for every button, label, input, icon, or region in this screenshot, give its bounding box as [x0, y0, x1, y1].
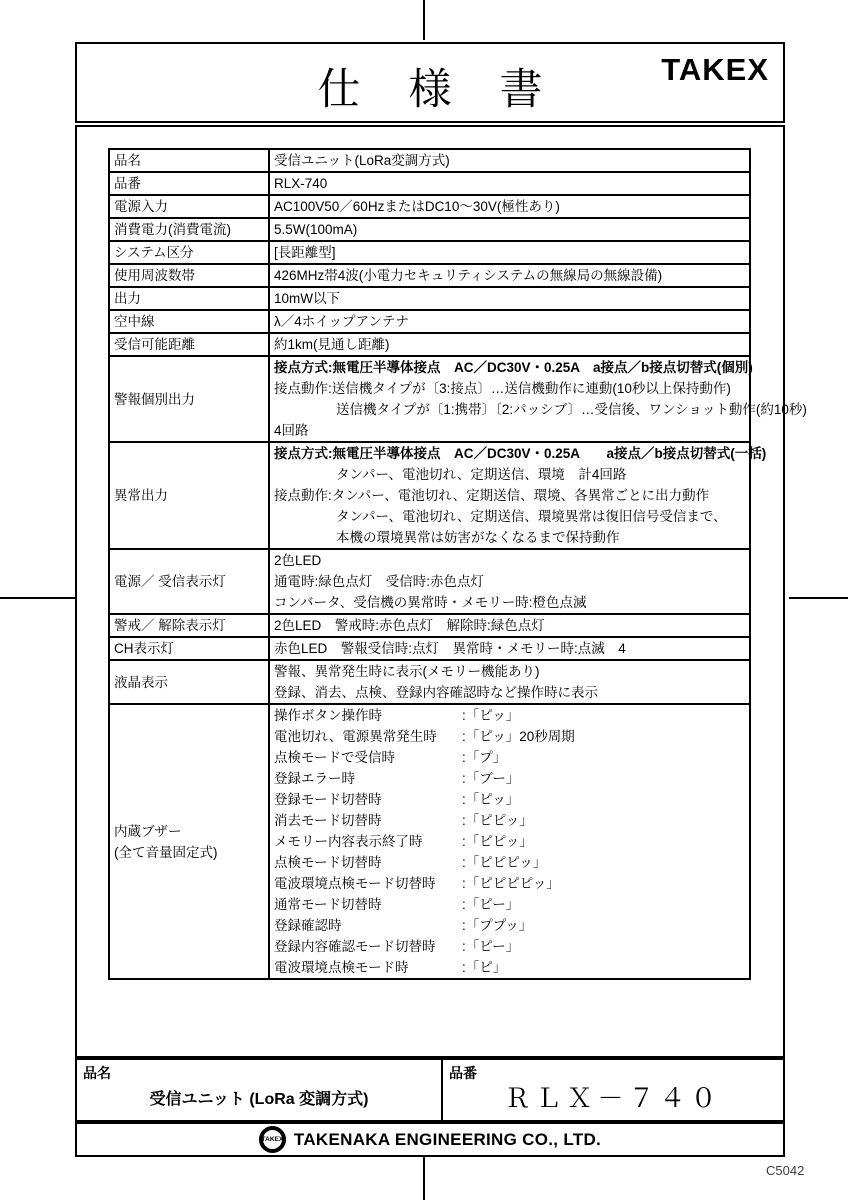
row-label: 電源入力	[109, 195, 269, 218]
value-line: タンパー、電池切れ、定期送信、環境異常は復旧信号受信まで、	[274, 506, 745, 527]
table-row: 液晶表示警報、異常発生時に表示(メモリー機能あり)登録、消去、点検、登録内容確認…	[109, 660, 750, 704]
value-line: 登録確認時:「ププッ」	[274, 915, 745, 936]
value-line: 5.5W(100mA)	[274, 219, 745, 240]
row-value: 受信ユニット(LoRa変調方式)	[269, 149, 750, 172]
table-row: 品番RLX-740	[109, 172, 750, 195]
row-label: CH表示灯	[109, 637, 269, 660]
row-value: 接点方式:無電圧半導体接点 AC／DC30V・0.25A a接点／b接点切替式(…	[269, 442, 750, 549]
row-value: 426MHz帯4波(小電力セキュリティシステムの無線局の無線設備)	[269, 264, 750, 287]
table-row: 内蔵ブザー(全て音量固定式)操作ボタン操作時:「ピッ」電池切れ、電源異常発生時:…	[109, 704, 750, 979]
spec-table: 品名受信ユニット(LoRa変調方式)品番RLX-740電源入力AC100V50／…	[108, 148, 751, 980]
value-line: 接点方式:無電圧半導体接点 AC／DC30V・0.25A a接点／b接点切替式(…	[274, 443, 745, 464]
row-value: RLX-740	[269, 172, 750, 195]
row-value: λ／4ホイップアンテナ	[269, 310, 750, 333]
value-line: 通電時:緑色点灯 受信時:赤色点灯	[274, 571, 745, 592]
row-label: 異常出力	[109, 442, 269, 549]
value-line: 操作ボタン操作時:「ピッ」	[274, 705, 745, 726]
row-label: 使用周波数帯	[109, 264, 269, 287]
table-row: 警戒／ 解除表示灯2色LED 警戒時:赤色点灯 解除時:緑色点灯	[109, 614, 750, 637]
row-value: 接点方式:無電圧半導体接点 AC／DC30V・0.25A a接点／b接点切替式(…	[269, 356, 750, 442]
value-line: 接点動作:送信機タイプが〔3:接点〕…送信機動作に連動(10秒以上保持動作)	[274, 378, 745, 399]
table-row: 警報個別出力接点方式:無電圧半導体接点 AC／DC30V・0.25A a接点／b…	[109, 356, 750, 442]
table-row: CH表示灯赤色LED 警報受信時:点灯 異常時・メモリー時:点滅 4	[109, 637, 750, 660]
registration-mark-top	[423, 0, 425, 40]
row-label: 空中線	[109, 310, 269, 333]
row-label: 液晶表示	[109, 660, 269, 704]
footer-name-label: 品名	[83, 1063, 111, 1083]
company-logo-bar: TAKEX TAKENAKA ENGINEERING CO., LTD.	[75, 1122, 785, 1157]
row-value: 5.5W(100mA)	[269, 218, 750, 241]
row-label: 品番	[109, 172, 269, 195]
value-line: 点検モードで受信時:「プ」	[274, 747, 745, 768]
row-value: 約1km(見通し距離)	[269, 333, 750, 356]
value-line: 電池切れ、電源異常発生時:「ピッ」20秒周期	[274, 726, 745, 747]
row-label: 内蔵ブザー(全て音量固定式)	[109, 704, 269, 979]
table-row: 空中線λ／4ホイップアンテナ	[109, 310, 750, 333]
row-value: 赤色LED 警報受信時:点灯 異常時・メモリー時:点滅 4	[269, 637, 750, 660]
registration-mark-bottom	[423, 1157, 425, 1200]
footer-name-cell: 品名 受信ユニット (LoRa 変調方式)	[77, 1060, 443, 1120]
value-line: 2色LED 警戒時:赤色点灯 解除時:緑色点灯	[274, 615, 745, 636]
doc-code: C5042	[766, 1163, 804, 1178]
value-line: 登録エラー時:「ブー」	[274, 768, 745, 789]
value-line: メモリー内容表示終了時:「ピピッ」	[274, 831, 745, 852]
table-row: 出力10mW以下	[109, 287, 750, 310]
row-value: 10mW以下	[269, 287, 750, 310]
value-line: 4回路	[274, 420, 745, 441]
row-value: 2色LED通電時:緑色点灯 受信時:赤色点灯コンバータ、受信機の異常時・メモリー…	[269, 549, 750, 614]
value-line: 約1km(見通し距離)	[274, 334, 745, 355]
row-label: システム区分	[109, 241, 269, 264]
row-label: 電源／ 受信表示灯	[109, 549, 269, 614]
row-value: [長距離型]	[269, 241, 750, 264]
footer-name-value: 受信ユニット (LoRa 変調方式)	[77, 1086, 441, 1109]
row-value: 2色LED 警戒時:赤色点灯 解除時:緑色点灯	[269, 614, 750, 637]
spec-table-body: 品名受信ユニット(LoRa変調方式)品番RLX-740電源入力AC100V50／…	[109, 149, 750, 979]
registration-mark-left	[0, 597, 76, 599]
value-line: 接点動作:タンパー、電池切れ、定期送信、環境、各異常ごとに出力動作	[274, 485, 745, 506]
value-line: 通常モード切替時:「ピー」	[274, 894, 745, 915]
row-label: 受信可能距離	[109, 333, 269, 356]
takex-roundel-icon: TAKEX	[259, 1126, 286, 1153]
value-line: λ／4ホイップアンテナ	[274, 311, 745, 332]
row-value: 警報、異常発生時に表示(メモリー機能あり)登録、消去、点検、登録内容確認時など操…	[269, 660, 750, 704]
table-row: 受信可能距離約1km(見通し距離)	[109, 333, 750, 356]
value-line: 電波環境点検モード時:「ピ」	[274, 957, 745, 978]
value-line: 赤色LED 警報受信時:点灯 異常時・メモリー時:点滅 4	[274, 638, 745, 659]
row-label: 警報個別出力	[109, 356, 269, 442]
footer-model-cell: 品番 ＲＬＸ－７４０	[443, 1060, 783, 1120]
value-line: 登録モード切替時:「ピッ」	[274, 789, 745, 810]
row-label: 警戒／ 解除表示灯	[109, 614, 269, 637]
value-line: 10mW以下	[274, 288, 745, 309]
value-line: 点検モード切替時:「ピピピッ」	[274, 852, 745, 873]
value-line: 接点方式:無電圧半導体接点 AC／DC30V・0.25A a接点／b接点切替式(…	[274, 357, 745, 378]
table-row: 使用周波数帯426MHz帯4波(小電力セキュリティシステムの無線局の無線設備)	[109, 264, 750, 287]
table-row: システム区分[長距離型]	[109, 241, 750, 264]
row-value: AC100V50／60HzまたはDC10～30V(極性あり)	[269, 195, 750, 218]
value-line: AC100V50／60HzまたはDC10～30V(極性あり)	[274, 196, 745, 217]
value-line: [長距離型]	[274, 242, 745, 263]
row-label: 消費電力(消費電流)	[109, 218, 269, 241]
row-label: 出力	[109, 287, 269, 310]
value-line: 電波環境点検モード切替時:「ピピピピッ」	[274, 873, 745, 894]
table-row: 電源／ 受信表示灯2色LED通電時:緑色点灯 受信時:赤色点灯コンバータ、受信機…	[109, 549, 750, 614]
value-line: 本機の環境異常は妨害がなくなるまで保持動作	[274, 527, 745, 548]
registration-mark-right	[789, 597, 848, 599]
value-line: RLX-740	[274, 173, 745, 194]
value-line: 警報、異常発生時に表示(メモリー機能あり)	[274, 661, 745, 682]
takex-roundel-text: TAKEX	[262, 1136, 284, 1143]
value-line: 消去モード切替時:「ピピッ」	[274, 810, 745, 831]
value-line: 送信機タイプが〔1:携帯〕〔2:パッシブ〕…受信後、ワンショット動作(約10秒)	[274, 399, 745, 420]
row-value: 操作ボタン操作時:「ピッ」電池切れ、電源異常発生時:「ピッ」20秒周期点検モード…	[269, 704, 750, 979]
takex-brand-logo: TAKEX	[661, 52, 769, 88]
value-line: 受信ユニット(LoRa変調方式)	[274, 150, 745, 171]
value-line: 登録内容確認モード切替時:「ピー」	[274, 936, 745, 957]
table-row: 異常出力接点方式:無電圧半導体接点 AC／DC30V・0.25A a接点／b接点…	[109, 442, 750, 549]
footer-info-table: 品名 受信ユニット (LoRa 変調方式) 品番 ＲＬＸ－７４０	[75, 1058, 785, 1122]
value-line: 2色LED	[274, 550, 745, 571]
value-line: コンバータ、受信機の異常時・メモリー時:橙色点滅	[274, 592, 745, 613]
row-label: 品名	[109, 149, 269, 172]
value-line: タンパー、電池切れ、定期送信、環境 計4回路	[274, 464, 745, 485]
value-line: 登録、消去、点検、登録内容確認時など操作時に表示	[274, 682, 745, 703]
value-line: 426MHz帯4波(小電力セキュリティシステムの無線局の無線設備)	[274, 265, 745, 286]
table-row: 品名受信ユニット(LoRa変調方式)	[109, 149, 750, 172]
footer-model-value: ＲＬＸ－７４０	[443, 1078, 783, 1115]
company-name: TAKENAKA ENGINEERING CO., LTD.	[294, 1130, 601, 1150]
table-row: 電源入力AC100V50／60HzまたはDC10～30V(極性あり)	[109, 195, 750, 218]
table-row: 消費電力(消費電流)5.5W(100mA)	[109, 218, 750, 241]
title-block: 仕 様 書 TAKEX	[75, 42, 785, 123]
